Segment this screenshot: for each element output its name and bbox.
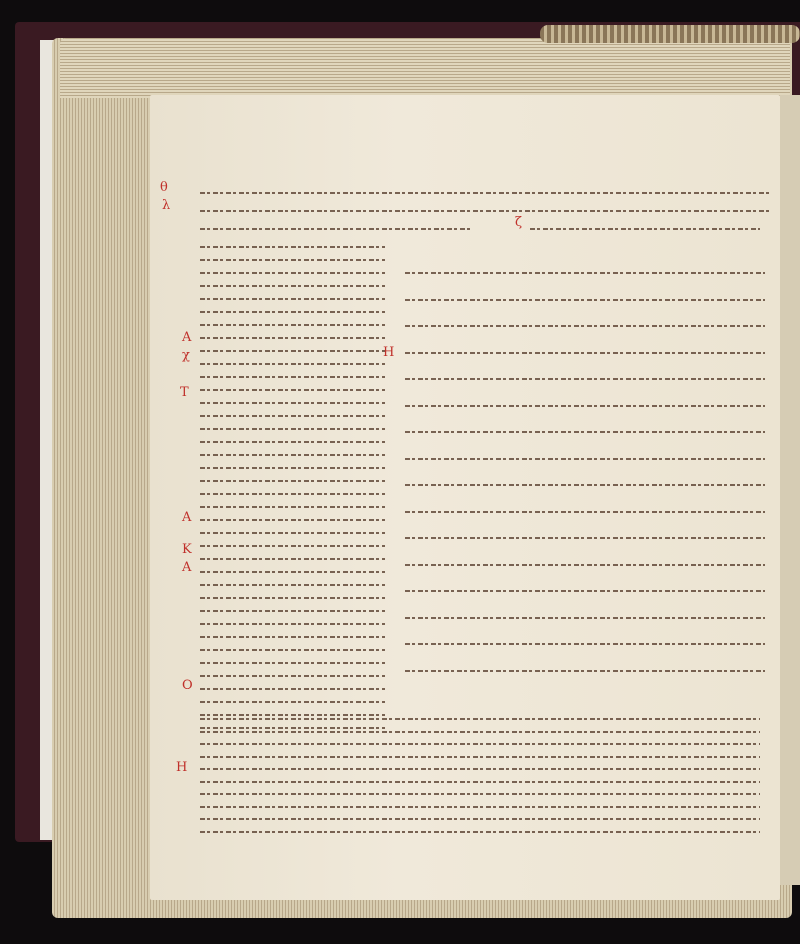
- scholia-line: [200, 337, 385, 339]
- rubric-initial: Κ: [182, 542, 192, 557]
- main-text-line: [405, 590, 765, 592]
- main-text-line: [405, 325, 765, 327]
- rubric-initial: λ: [162, 198, 170, 213]
- rubric-initial: Η: [383, 345, 394, 360]
- scholia-line: [200, 701, 385, 703]
- scholia-line: [200, 311, 385, 313]
- scholia-line: [200, 350, 385, 352]
- main-text-line: [405, 431, 765, 433]
- page-edges-top: [60, 38, 790, 98]
- scholia-line: [200, 441, 385, 443]
- footer-scholia-line: [200, 768, 760, 770]
- scholia-line: [530, 228, 760, 230]
- binding-headband: [540, 25, 800, 43]
- main-text-line: [405, 670, 765, 672]
- rubric-initial: Α: [182, 510, 191, 525]
- main-text-line: [405, 458, 765, 460]
- scholia-line: [200, 285, 385, 287]
- scholia-line: [200, 259, 385, 261]
- rubric-initial: χ: [182, 348, 190, 363]
- scholia-line: [200, 246, 385, 248]
- footer-scholia-line: [200, 818, 760, 820]
- rubric-initial: Ο: [182, 678, 193, 693]
- scholia-line: [200, 584, 385, 586]
- scholia-line: [200, 506, 385, 508]
- scholia-line: [200, 228, 470, 230]
- scholia-line: [200, 519, 385, 521]
- footer-scholia-line: [200, 731, 760, 733]
- scholia-line: [200, 402, 385, 404]
- scholia-line: [200, 571, 385, 573]
- facing-page-edge: [780, 95, 800, 885]
- main-text-line: [405, 352, 765, 354]
- scholia-line: [200, 210, 770, 212]
- scholia-line: [200, 480, 385, 482]
- scene-subject: Photograph of an open Greek manuscript c…: [0, 0, 1, 1]
- scholia-line: [200, 662, 385, 664]
- main-text-line: [405, 643, 765, 645]
- scholia-line: [200, 623, 385, 625]
- scholia-line: [200, 610, 385, 612]
- rubric-initial: Α: [182, 330, 191, 345]
- main-text-line: [405, 378, 765, 380]
- scholia-line: [200, 636, 385, 638]
- footer-scholia-line: [200, 831, 760, 833]
- manuscript-page: [150, 95, 780, 900]
- footer-scholia-line: [200, 793, 760, 795]
- scholia-line: [200, 428, 385, 430]
- scholia-line: [200, 727, 385, 729]
- main-text-line: [405, 537, 765, 539]
- scholia-line: [200, 545, 385, 547]
- rubric-initial: Τ: [180, 385, 189, 400]
- footer-scholia-line: [200, 756, 760, 758]
- footer-scholia-line: [200, 806, 760, 808]
- scholia-line: [200, 298, 385, 300]
- rubric-initial: ζ: [515, 215, 522, 230]
- scholia-line: [200, 532, 385, 534]
- scholia-line: [200, 649, 385, 651]
- scholia-line: [200, 597, 385, 599]
- scholia-line: [200, 493, 385, 495]
- scholia-line: [200, 376, 385, 378]
- scholia-line: [200, 454, 385, 456]
- main-text-line: [405, 272, 765, 274]
- main-text-line: [405, 299, 765, 301]
- footer-scholia-line: [200, 743, 760, 745]
- scholia-line: [200, 363, 385, 365]
- footer-scholia-line: [200, 718, 760, 720]
- scholia-line: [200, 272, 385, 274]
- rubric-initial: Α: [182, 560, 191, 575]
- footer-scholia-line: [200, 781, 760, 783]
- scholia-line: [200, 467, 385, 469]
- scholia-line: [200, 324, 385, 326]
- main-text-line: [405, 484, 765, 486]
- main-text-line: [405, 564, 765, 566]
- scholia-line: [200, 675, 385, 677]
- main-text-line: [405, 405, 765, 407]
- main-text-line: [405, 511, 765, 513]
- scholia-line: [200, 415, 385, 417]
- rubric-initial: θ: [160, 180, 168, 195]
- scholia-line: [200, 389, 385, 391]
- scholia-line: [200, 192, 770, 194]
- rubric-initial: Η: [176, 760, 187, 775]
- scholia-line: [200, 558, 385, 560]
- main-text-line: [405, 617, 765, 619]
- scholia-line: [200, 714, 385, 716]
- scholia-line: [200, 688, 385, 690]
